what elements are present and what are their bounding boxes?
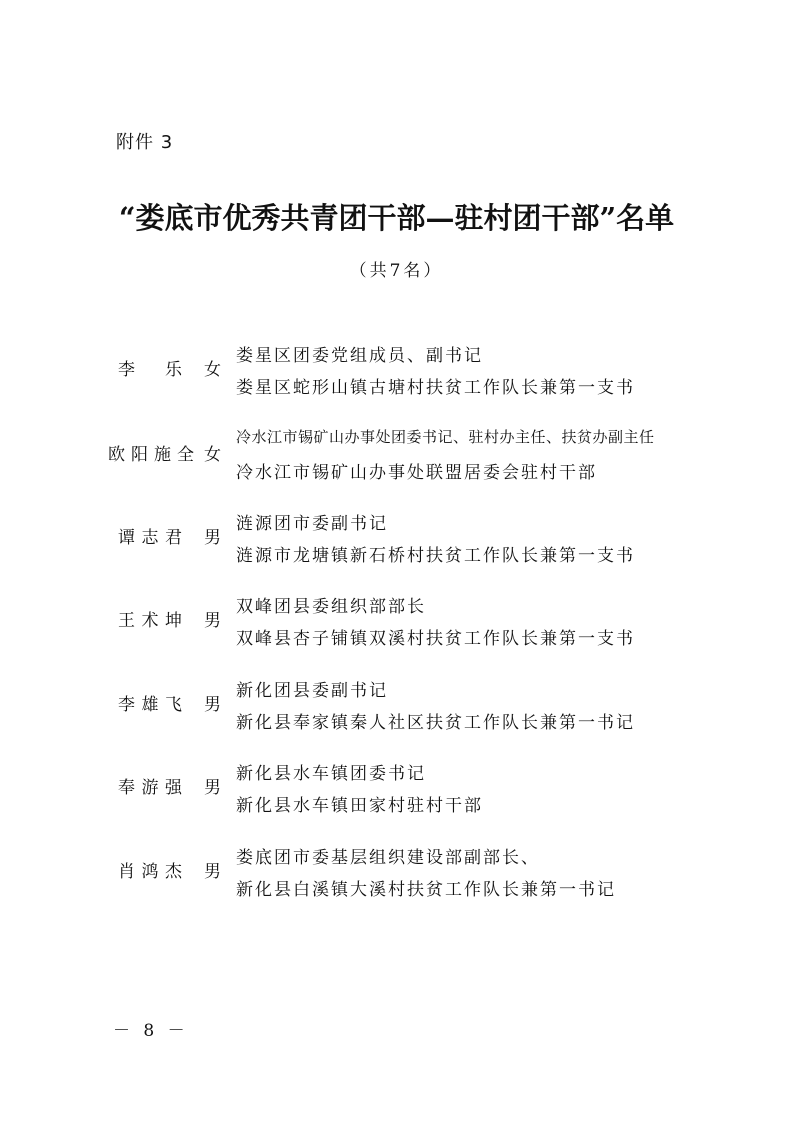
page-number: － 8 － [113,1016,189,1041]
person-role-secondary: 新化县白溪镇大溪村扶贫工作队长兼第一书记 [236,875,616,900]
person-name: 欧阳施全 [108,440,194,465]
person-role-secondary: 新化县奉家镇秦人社区扶贫工作队长兼第一书记 [236,708,635,733]
person-gender: 男 [204,690,221,715]
person-gender: 男 [204,523,221,548]
person-name: 肖鸿杰 [118,857,182,882]
person-name: 谭志君 [118,523,182,548]
roster-entry: 肖鸿杰 男 娄底团市委基层组织建设部副部长、 新化县白溪镇大溪村扶贫工作队长兼第… [0,837,793,907]
person-name: 王术坤 [118,606,182,631]
person-name: 李 乐 [118,355,182,380]
roster-entry: 李雄飞 男 新化团县委副书记 新化县奉家镇秦人社区扶贫工作队长兼第一书记 [0,670,793,740]
person-role-primary: 涟源团市委副书记 [236,509,388,534]
person-role-primary: 双峰团县委组织部部长 [236,592,426,617]
person-name: 奉游强 [118,773,182,798]
person-gender: 男 [204,606,221,631]
person-role-secondary: 新化县水车镇田家村驻村干部 [236,791,483,816]
person-role-primary: 新化县水车镇团委书记 [236,759,426,784]
person-role-secondary: 涟源市龙塘镇新石桥村扶贫工作队长兼第一支书 [236,541,635,566]
document-subtitle: （共7名） [0,256,793,281]
person-role-primary: 冷水江市锡矿山办事处团委书记、驻村办主任、扶贫办副主任 [236,426,655,447]
document-title: “娄底市优秀共青团干部—驻村团干部”名单 [0,196,793,237]
person-role-primary: 娄底团市委基层组织建设部副部长、 [236,843,540,868]
person-name: 李雄飞 [118,690,182,715]
roster-entry: 谭志君 男 涟源团市委副书记 涟源市龙塘镇新石桥村扶贫工作队长兼第一支书 [0,503,793,573]
person-role-primary: 新化团县委副书记 [236,676,388,701]
roster-entry: 王术坤 男 双峰团县委组织部部长 双峰县杏子铺镇双溪村扶贫工作队长兼第一支书 [0,586,793,656]
person-role-secondary: 娄星区蛇形山镇古塘村扶贫工作队长兼第一支书 [236,373,635,398]
roster-entry: 奉游强 男 新化县水车镇团委书记 新化县水车镇田家村驻村干部 [0,753,793,823]
person-role-primary: 娄星区团委党组成员、副书记 [236,341,483,366]
roster-entry: 李 乐 女 娄星区团委党组成员、副书记 娄星区蛇形山镇古塘村扶贫工作队长兼第一支… [0,335,793,405]
person-gender: 男 [204,857,221,882]
person-role-secondary: 冷水江市锡矿山办事处联盟居委会驻村干部 [236,458,597,483]
roster-entry: 欧阳施全 女 冷水江市锡矿山办事处团委书记、驻村办主任、扶贫办副主任 冷水江市锡… [0,420,793,490]
person-gender: 女 [204,440,221,465]
person-gender: 女 [204,355,221,380]
person-gender: 男 [204,773,221,798]
person-role-secondary: 双峰县杏子铺镇双溪村扶贫工作队长兼第一支书 [236,624,635,649]
attachment-label: 附件 3 [116,128,173,154]
